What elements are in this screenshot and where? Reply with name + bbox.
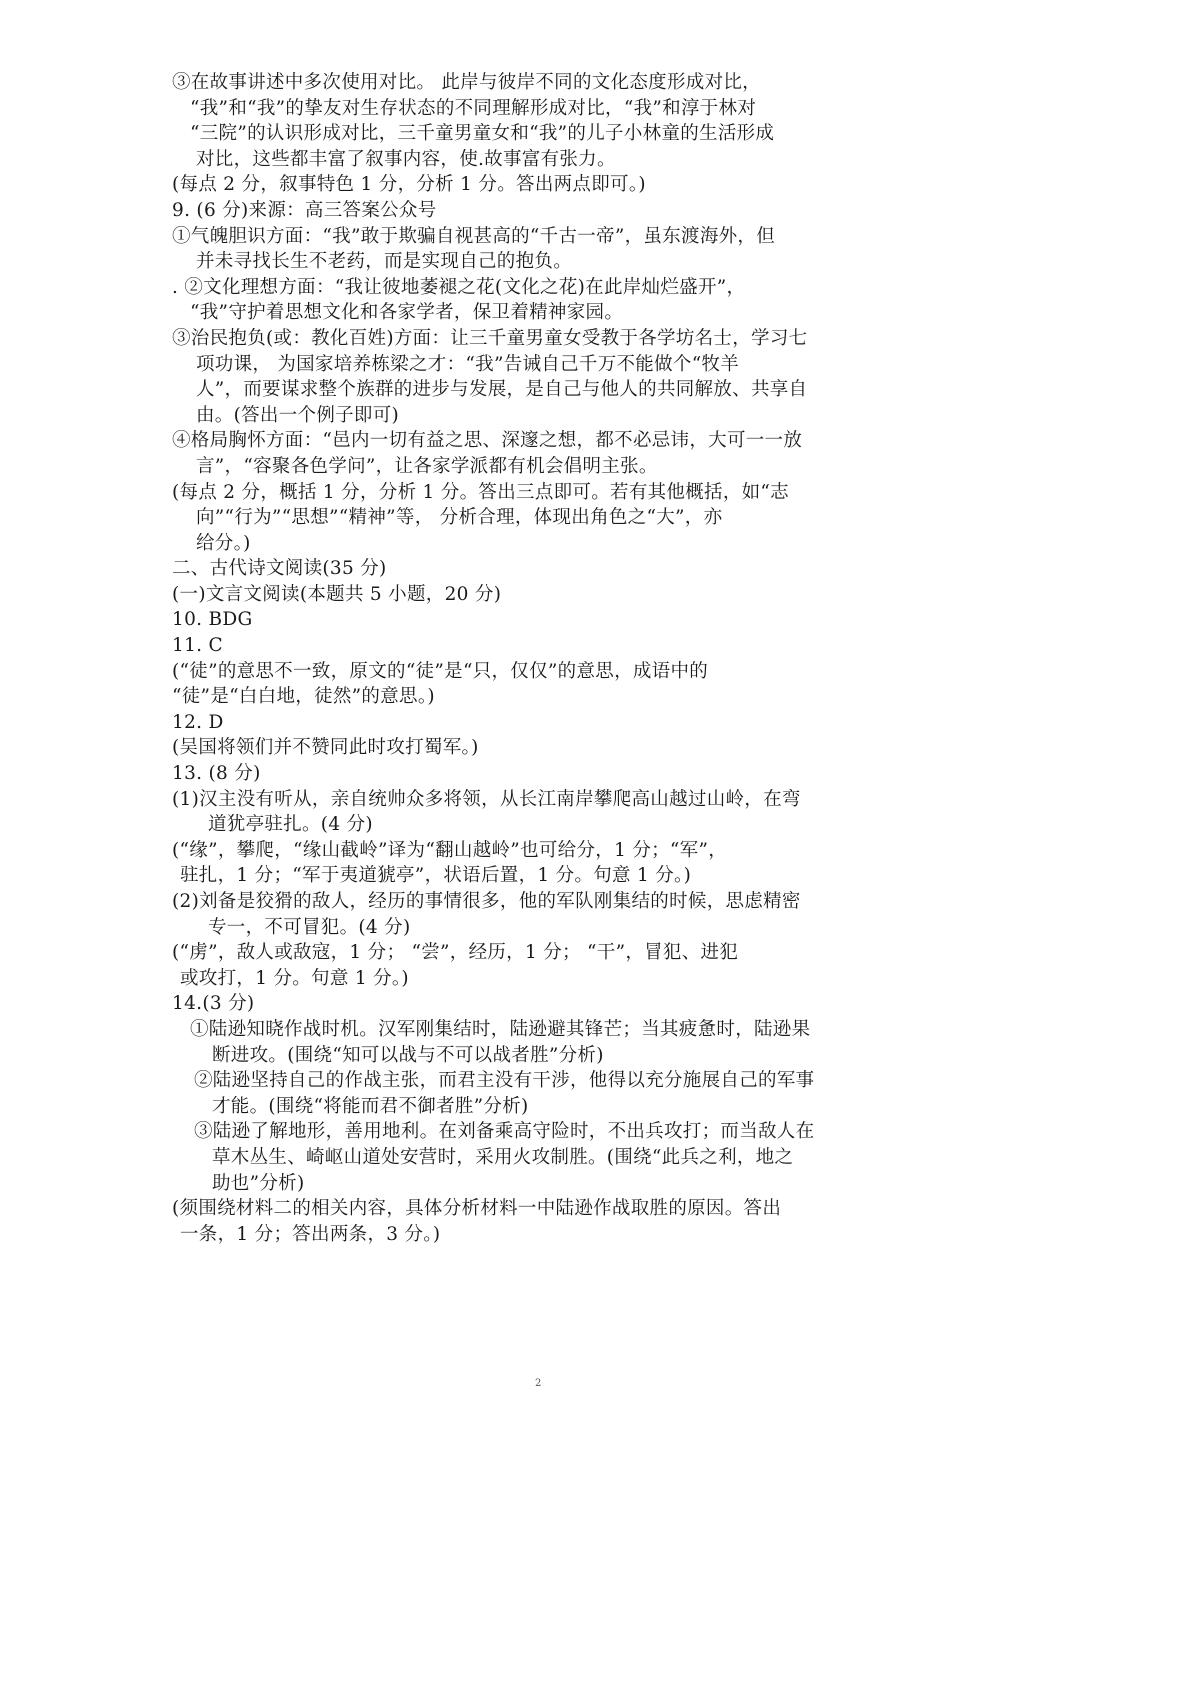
scoring-note: (每点 2 分，概括 1 分，分析 1 分。答出三点即可。若有其他概括，如“志 [172,480,832,506]
answer-11: 11. C [172,633,832,659]
text-line: (“徒”的意思不一致，原文的“徒”是“只，仅仅”的意思，成语中的 [172,659,832,685]
scoring-note: 向”“行为”“思想”“精神”等， 分析合理，体现出角色之“大”，亦 [172,505,832,531]
scoring-note: 驻扎，1 分；“军于夷道猇亭”，状语后置，1 分。句意 1 分。) [172,863,832,889]
text-line: 草木丛生、崎岖山道处安营时，采用火攻制胜。(围绕“此兵之利，地之 [172,1145,832,1171]
text-line: ①气魄胆识方面：“我”敢于欺骗自视甚高的“千古一帝”，虽东渡海外，但 [172,224,832,250]
text-line: 专一，不可冒犯。(4 分) [172,915,832,941]
text-line: 并未寻找长生不老药，而是实现自己的抱负。 [172,249,832,275]
text-line: 才能。(围绕“将能而君不御者胜”分析) [172,1094,832,1120]
text-line: 对比，这些都丰富了叙事内容，使.故事富有张力。 [172,147,832,173]
question-heading-14: 14.(3 分) [172,991,832,1017]
scoring-note: (每点 2 分，叙事特色 1 分，分析 1 分。答出两点即可。) [172,172,832,198]
page-number: 2 [535,1378,541,1389]
text-line: ②陆逊坚持自己的作战主张，而君主没有干涉，他得以充分施展自己的军事 [172,1068,832,1094]
text-line: (1)汉主没有听从，亲自统帅众多将领，从长江南岸攀爬高山越过山岭，在弯 [172,787,832,813]
text-line: “我”守护着思想文化和各家学者，保卫着精神家园。 [172,300,832,326]
scoring-note: (须围绕材料二的相关内容，具体分析材料一中陆逊作战取胜的原因。答出 [172,1196,832,1222]
question-heading-9: 9. (6 分)来源：高三答案公众号 [172,198,832,224]
text-line: 道犹亭驻扎。(4 分) [172,812,832,838]
scoring-note: (“虏”，敌人或敌寇，1 分； “尝”，经历，1 分； “干”，冒犯、进犯 [172,940,832,966]
text-line: ③陆逊了解地形，善用地利。在刘备乘高守险时，不出兵攻打；而当敌人在 [172,1119,832,1145]
subsection-heading: (一)文言文阅读(本题共 5 小题，20 分) [172,582,832,608]
scoring-note: 给分。) [172,531,832,557]
text-line: “三院”的认识形成对比，三千童男童女和“我”的儿子小林童的生活形成 [172,121,832,147]
text-line: 由。(答出一个例子即可) [172,403,832,429]
text-line: ③治民抱负(或：教化百姓)方面：让三千童男童女受教于各学坊名士，学习七 [172,326,832,352]
text-line: ④格局胸怀方面：“邑内一切有益之思、深邃之想，都不必忌讳，大可一一放 [172,428,832,454]
text-line: 项功课， 为国家培养栋梁之才：“我”告诫自己千万不能做个“牧羊 [172,352,832,378]
question-heading-13: 13. (8 分) [172,761,832,787]
text-line: ③在故事讲述中多次使用对比。 此岸与彼岸不同的文化态度形成对比， [172,70,832,96]
answer-key-page: ③在故事讲述中多次使用对比。 此岸与彼岸不同的文化态度形成对比， “我”和“我”… [172,70,832,1247]
text-line: 人”，而要谋求整个族群的进步与发展，是自己与他人的共同解放、共享自 [172,377,832,403]
text-line: ①陆逊知晓作战时机。汉军刚集结时，陆逊避其锋芒；当其疲惫时，陆逊果 [172,1017,832,1043]
scoring-note: (“缘”，攀爬，“缘山截岭”译为“翻山越岭”也可给分，1 分；“军”， [172,838,832,864]
text-line: “徒”是“白白地，徒然”的意思。) [172,684,832,710]
answer-10: 10. BDG [172,607,832,633]
scoring-note: 一条，1 分；答出两条，3 分。) [172,1222,832,1248]
answer-12: 12. D [172,710,832,736]
text-line: “我”和“我”的挚友对生存状态的不同理解形成对比，“我”和淳于林对 [172,96,832,122]
scoring-note: 或攻打，1 分。句意 1 分。) [172,966,832,992]
text-line: . ②文化理想方面：“我让彼地萎褪之花(文化之花)在此岸灿烂盛开”， [172,275,832,301]
text-line: 助也”分析) [172,1171,832,1197]
text-line: (吴国将领们并不赞同此时攻打蜀军。) [172,735,832,761]
text-line: 断进攻。(围绕“知可以战与不可以战者胜”分析) [172,1043,832,1069]
text-line: (2)刘备是狡猾的敌人，经历的事情很多，他的军队刚集结的时候，思虑精密 [172,889,832,915]
section-heading: 二、古代诗文阅读(35 分) [172,556,832,582]
text-line: 言”，“容聚各色学问”，让各家学派都有机会倡明主张。 [172,454,832,480]
